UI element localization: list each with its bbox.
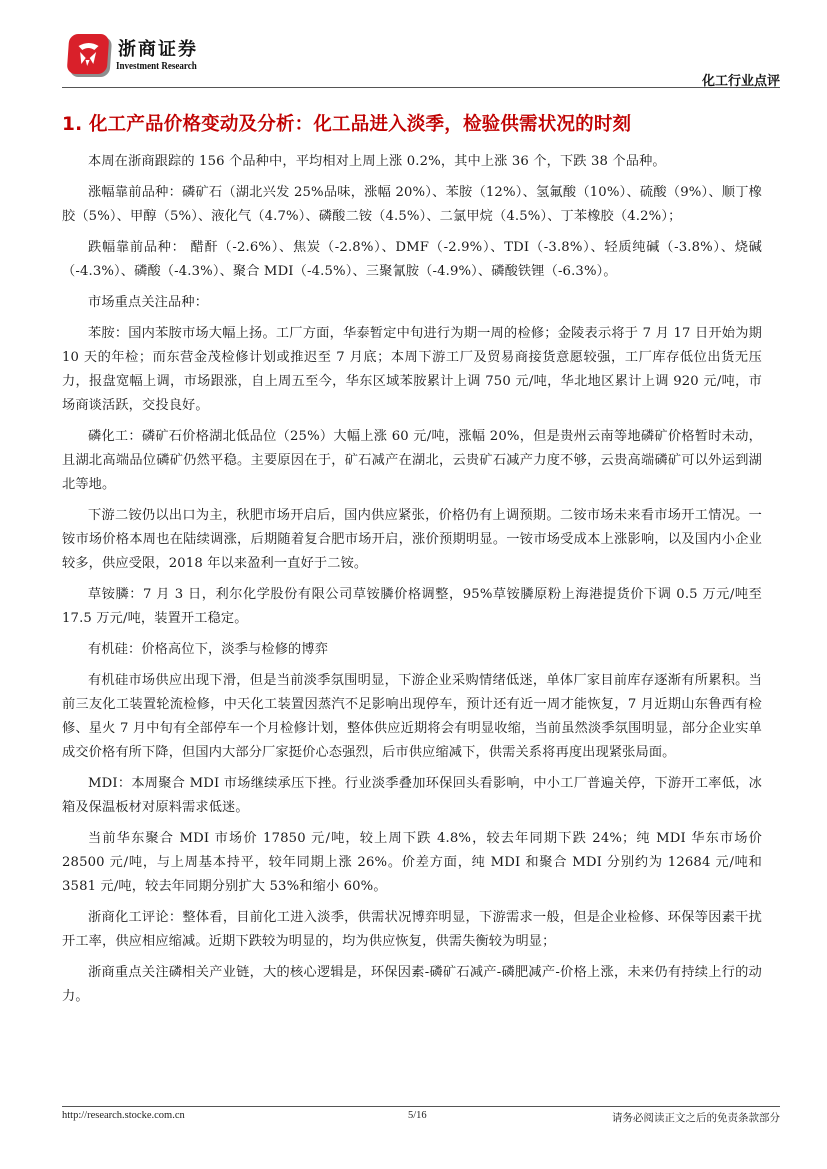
paragraph-outlook: 浙商重点关注磷相关产业链，大的核心逻辑是，环保因素-磷矿石减产-磷肥减产-价格上… <box>62 961 762 1009</box>
page-header: 浙商证券 Investment Research 化工行业点评 <box>62 30 780 90</box>
section-title: 1. 化工产品价格变动及分析：化工品进入淡季，检验供需状况的时刻 <box>62 110 762 136</box>
paragraph-top-gainers: 涨幅靠前品种：磷矿石（湖北兴发 25%品味，涨幅 20%）、苯胺（12%）、氢氟… <box>62 181 762 229</box>
paragraph-silicone: 有机硅市场供应出现下滑，但是当前淡季氛围明显，下游企业采购情绪低迷，单体厂家目前… <box>62 669 762 765</box>
paragraph-focus-heading: 市场重点关注品种： <box>62 291 762 315</box>
paragraph-mdi: MDI：本周聚合 MDI 市场继续承压下挫。行业淡季叠加环保回头看影响，中小工厂… <box>62 772 762 820</box>
article-body: 本周在浙商跟踪的 156 个品种中，平均相对上周上涨 0.2%，其中上涨 36 … <box>62 150 762 1016</box>
brand-name-cn: 浙商证券 <box>118 35 198 61</box>
paragraph-summary: 本周在浙商跟踪的 156 个品种中，平均相对上周上涨 0.2%，其中上涨 36 … <box>62 150 762 174</box>
paragraph-mdi-prices: 当前华东聚合 MDI 市场价 17850 元/吨，较上周下跌 4.8%，较去年同… <box>62 827 762 899</box>
brand-name-en: Investment Research <box>116 60 197 72</box>
paragraph-phosphorus: 磷化工：磷矿石价格湖北低品位（25%）大幅上涨 60 元/吨，涨幅 20%，但是… <box>62 425 762 497</box>
page-number: 5/16 <box>408 1110 427 1121</box>
page-footer: http://research.stocke.com.cn 5/16 请务必阅读… <box>62 1110 780 1130</box>
paragraph-aniline: 苯胺：国内苯胺市场大幅上扬。工厂方面，华泰暂定中旬进行为期一周的检修；金陵表示将… <box>62 322 762 418</box>
paragraph-glufosinate: 草铵膦：7 月 3 日，利尔化学股份有限公司草铵膦价格调整，95%草铵膦原粉上海… <box>62 583 762 631</box>
paragraph-commentary: 浙商化工评论：整体看，目前化工进入淡季，供需状况博弈明显，下游需求一般，但是企业… <box>62 906 762 954</box>
paragraph-top-losers: 跌幅靠前品种： 醋酐（-2.6%）、焦炭（-2.8%）、DMF（-2.9%）、T… <box>62 236 762 284</box>
paragraph-silicone-heading: 有机硅：价格高位下，淡季与检修的博弈 <box>62 638 762 662</box>
header-divider <box>62 87 780 88</box>
footer-divider <box>62 1106 780 1107</box>
paragraph-ammonium-phosphate: 下游二铵仍以出口为主，秋肥市场开启后，国内供应紧张，价格仍有上调预期。二铵市场未… <box>62 504 762 576</box>
disclaimer-note: 请务必阅读正文之后的免责条款部分 <box>612 1110 780 1125</box>
brand-logo-icon <box>67 34 110 74</box>
footer-url-link[interactable]: http://research.stocke.com.cn <box>62 1110 185 1121</box>
